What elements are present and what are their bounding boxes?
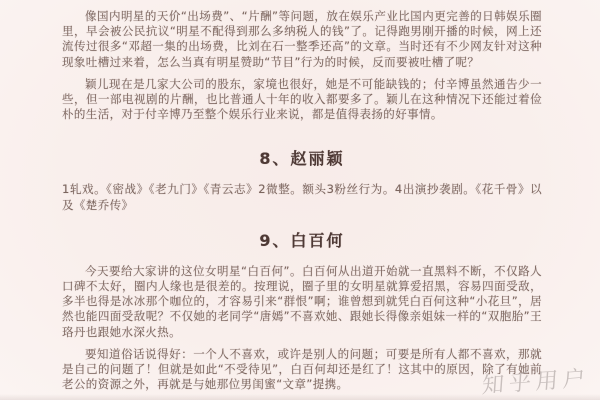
- section-heading-baibaihe: 9、白百何: [62, 228, 542, 251]
- paragraph-intro-chuchangfei: 像国内明星的天价“出场费”、“片酬”等问题，放在娱乐产业比国内更完善的日韩娱乐圈…: [62, 9, 542, 70]
- article-page: 像国内明星的天价“出场费”、“片酬”等问题，放在娱乐产业比国内更完善的日韩娱乐圈…: [0, 0, 600, 400]
- paragraph-baibaihe-intro: 今天要给大家讲的这位女明星“白百何”。白百何从出道开始就一直黑料不断，不仅路人口…: [62, 264, 542, 340]
- paragraph-zhaoliying-list: 1轧戏。《密战》《老九门》《青云志》2微整。额头3粉丝行为。4出演抄袭剧。《花千…: [62, 182, 542, 212]
- paragraph-yinger-conclusion: 颖儿现在是几家大公司的股东，家境也很好，她是不可能缺钱的；付辛博虽然通告少一些，…: [62, 77, 542, 123]
- paragraph-baibaihe-reason: 要知道俗话说得好：一个人不喜欢，或许是别人的问题；可要是所有人都不喜欢，那就是自…: [62, 347, 542, 393]
- section-heading-zhaoliying: 8、赵丽颖: [62, 146, 542, 169]
- zhihu-user-watermark: 知乎用户: [481, 361, 591, 400]
